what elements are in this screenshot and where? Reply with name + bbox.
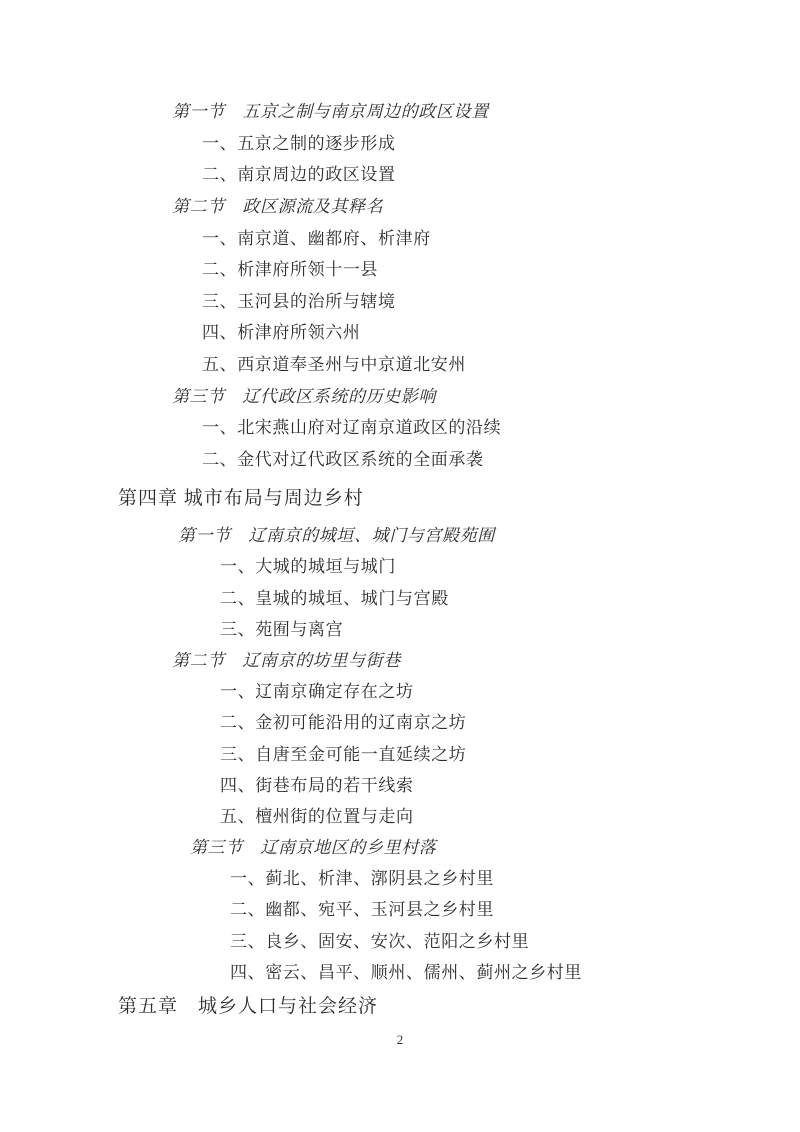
toc-item: 二、金初可能沿用的辽南京之坊 — [0, 705, 800, 736]
toc-chapter-heading: 第四章 城市布局与周边乡村 — [0, 477, 800, 515]
toc-section-heading: 第三节 辽代政区系统的历史影响 — [0, 378, 800, 410]
toc-item: 一、辽南京确定存在之坊 — [0, 674, 800, 705]
toc-item: 一、五京之制的逐步形成 — [0, 126, 800, 158]
toc-item: 四、街巷布局的若干线索 — [0, 768, 800, 799]
toc-item: 二、析津府所领十一县 — [0, 252, 800, 284]
page-number: 2 — [0, 1032, 800, 1048]
toc-section-heading: 第三节 辽南京地区的乡里村落 — [0, 830, 800, 861]
toc-item: 二、南京周边的政区设置 — [0, 157, 800, 189]
toc-item: 一、大城的城垣与城门 — [0, 549, 800, 580]
toc-item: 五、檀州街的位置与走向 — [0, 799, 800, 830]
toc-item: 二、皇城的城垣、城门与宫殿 — [0, 581, 800, 612]
toc-chapter-heading: 第五章 城乡人口与社会经济 — [0, 986, 800, 1024]
toc-item: 三、玉河县的治所与辖境 — [0, 284, 800, 316]
document-page: 第一节 五京之制与南京周边的政区设置 一、五京之制的逐步形成 二、南京周边的政区… — [0, 0, 800, 1132]
toc-item: 五、西京道奉圣州与中京道北安州 — [0, 347, 800, 379]
toc-item: 二、幽都、宛平、玉河县之乡村里 — [0, 892, 800, 923]
toc-item: 一、南京道、幽都府、析津府 — [0, 220, 800, 252]
toc-item: 一、蓟北、析津、漷阴县之乡村里 — [0, 861, 800, 892]
toc-item: 一、北宋燕山府对辽南京道政区的沿续 — [0, 410, 800, 442]
toc-section-heading: 第一节 五京之制与南京周边的政区设置 — [0, 94, 800, 126]
toc-item: 二、金代对辽代政区系统的全面承袭 — [0, 442, 800, 474]
toc-section-heading: 第一节 辽南京的城垣、城门与宫殿苑囿 — [0, 518, 800, 549]
table-of-contents: 第一节 五京之制与南京周边的政区设置 一、五京之制的逐步形成 二、南京周边的政区… — [0, 0, 800, 1024]
toc-item: 三、苑囿与离宫 — [0, 612, 800, 643]
toc-item: 四、密云、昌平、顺州、儒州、蓟州之乡村里 — [0, 955, 800, 986]
toc-item: 三、自唐至金可能一直延续之坊 — [0, 736, 800, 767]
toc-section-heading: 第二节 政区源流及其释名 — [0, 189, 800, 221]
toc-item: 三、良乡、固安、安次、范阳之乡村里 — [0, 924, 800, 955]
toc-item: 四、析津府所领六州 — [0, 315, 800, 347]
toc-section-heading: 第二节 辽南京的坊里与街巷 — [0, 643, 800, 674]
